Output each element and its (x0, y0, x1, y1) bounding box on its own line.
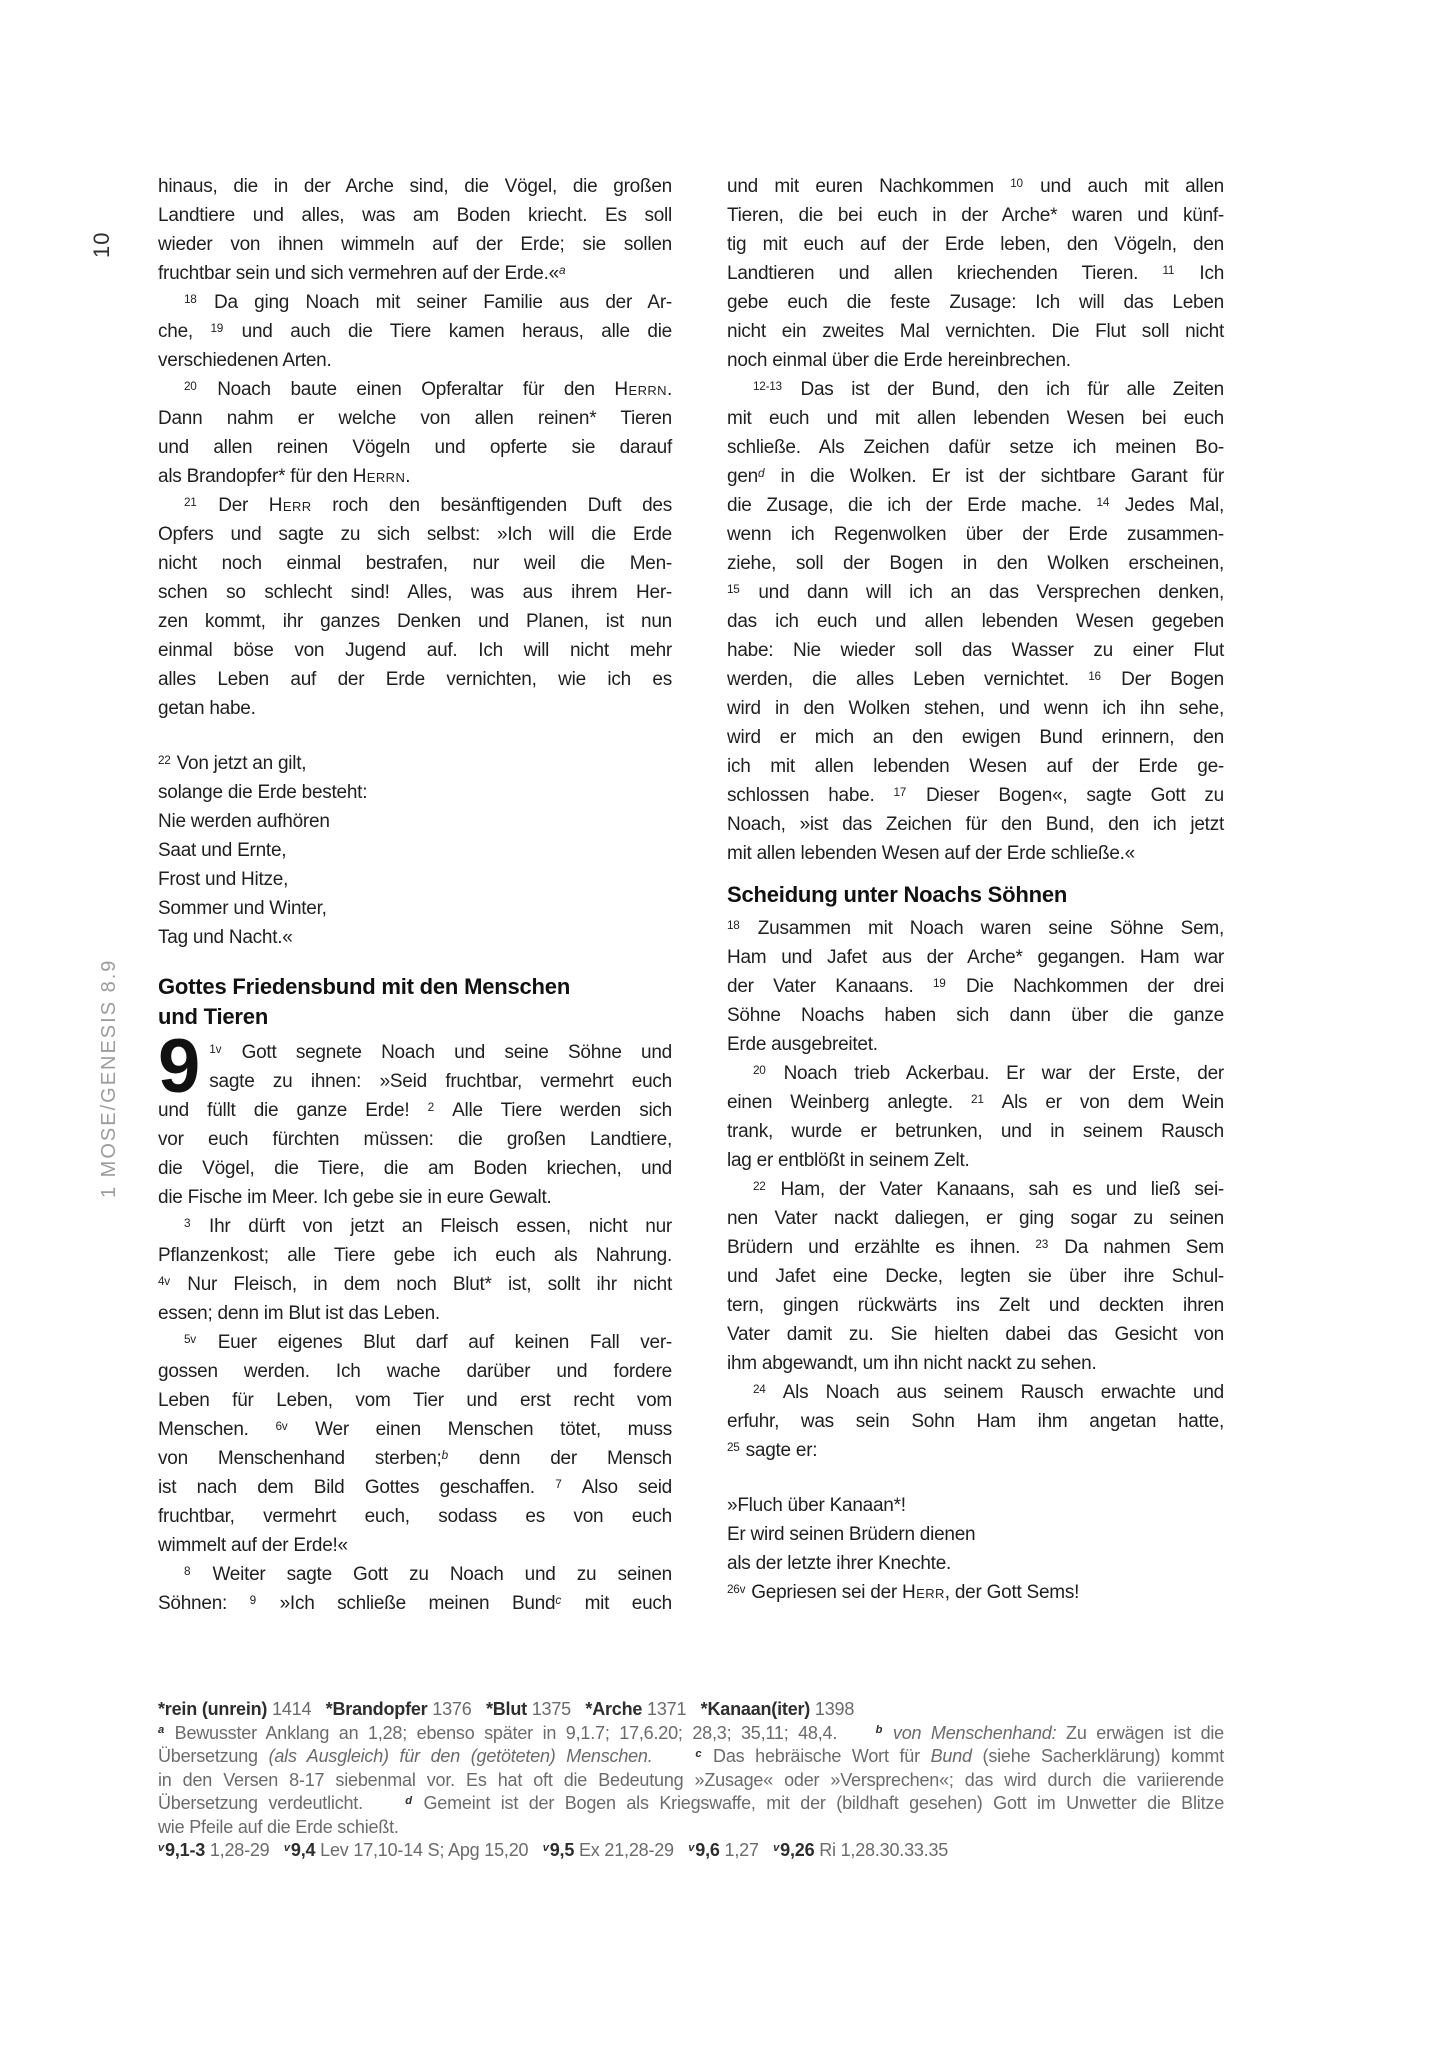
chapter-number: 9 (158, 1038, 209, 1095)
text-line: einen Weinberg anlegte. 21 Als er von de… (727, 1088, 1224, 1117)
text-line: die Zusage, die ich der Erde mache. 14 J… (727, 491, 1224, 520)
text-line: Tieren, die bei euch in der Arche* waren… (727, 201, 1224, 230)
chapter-block: 91v Gott segnete Noach und seine Söhne u… (158, 1038, 672, 1618)
text-line: 20 Noach trieb Ackerbau. Er war der Erst… (727, 1059, 1224, 1088)
text-line: Brüdern und erzählte es ihnen. 23 Da nah… (727, 1233, 1224, 1262)
text-line: nicht noch einmal bestrafen, nur weil di… (158, 549, 672, 578)
text-line: 25 sagte er: (727, 1436, 1224, 1465)
footnote-line: wie Pfeile auf die Erde schießt. (158, 1816, 1224, 1840)
text-line: ihm abgewandt, um ihn nicht nackt zu seh… (727, 1349, 1224, 1378)
text-line: Ham und Jafet aus der Arche* gegangen. H… (727, 943, 1224, 972)
text-line: als Brandopfer* für den Herrn. (158, 462, 672, 491)
spacer (727, 1465, 1224, 1491)
section-heading: Gottes Friedensbund mit den Menschenund … (158, 972, 672, 1032)
spacer (727, 868, 1224, 880)
paragraph-block: hinaus, die in der Arche sind, die Vögel… (158, 172, 672, 723)
text-line: Landtiere und alles, was am Boden kriech… (158, 201, 672, 230)
text-line: die Vögel, die Tiere, die am Boden kriec… (158, 1154, 672, 1183)
text-line: 22 Ham, der Vater Kanaans, sah es und li… (727, 1175, 1224, 1204)
text-line: der Vater Kanaans. 19 Die Nachkommen der… (727, 972, 1224, 1001)
text-line: 18 Zusammen mit Noach waren seine Söhne … (727, 914, 1224, 943)
text-line: mit euch und mit allen lebenden Wesen be… (727, 404, 1224, 433)
text-line: und allen reinen Vögeln und opferte sie … (158, 433, 672, 462)
text-line: Noach, »ist das Zeichen für den Bund, de… (727, 810, 1224, 839)
text-line: wenn ich Regenwolken über der Erde zusam… (727, 520, 1224, 549)
footnote-line: in den Versen 8-17 siebenmal vor. Es hat… (158, 1769, 1224, 1793)
text-line: von Menschenhand sterben;b denn der Mens… (158, 1444, 672, 1473)
text-line: und mit euren Nachkommen 10 und auch mit… (727, 172, 1224, 201)
text-line: schlossen habe. 17 Dieser Bogen«, sagte … (727, 781, 1224, 810)
text-line: fruchtbar sein und sich vermehren auf de… (158, 259, 672, 288)
text-line: 4v Nur Fleisch, in dem noch Blut* ist, s… (158, 1270, 672, 1299)
text-line: wird er mich an den ewigen Bund erinnern… (727, 723, 1224, 752)
text-line: 22 Von jetzt an gilt, (158, 749, 672, 778)
text-line: 21 Der Herr roch den besänftigenden Duft… (158, 491, 672, 520)
text-line: essen; denn im Blut ist das Leben. (158, 1299, 672, 1328)
text-line: 18 Da ging Noach mit seiner Familie aus … (158, 288, 672, 317)
text-line: 1v Gott segnete Noach und seine Söhne un… (158, 1038, 672, 1067)
text-line: che, 19 und auch die Tiere kamen heraus,… (158, 317, 672, 346)
text-line: mit allen lebenden Wesen auf der Erde sc… (727, 839, 1224, 868)
footnote-line: Übersetzung verdeutlicht. d Gemeint ist … (158, 1792, 1224, 1816)
spacer (158, 723, 672, 749)
text-line: »Fluch über Kanaan*! (727, 1491, 1224, 1520)
text-line: Opfers und sagte zu sich selbst: »Ich wi… (158, 520, 672, 549)
text-line: gebe euch die feste Zusage: Ich will das… (727, 288, 1224, 317)
footnotes: *rein (unrein) 1414 *Brandopfer 1376 *Bl… (158, 1698, 1224, 1863)
text-line: vor euch fürchten müssen: die großen Lan… (158, 1125, 672, 1154)
text-line: Sommer und Winter, (158, 894, 672, 923)
text-line: werden, die alles Leben vernichtet. 16 D… (727, 665, 1224, 694)
text-line: noch einmal über die Erde hereinbrechen. (727, 346, 1224, 375)
text-line: 5v Euer eigenes Blut darf auf keinen Fal… (158, 1328, 672, 1357)
footnote-line: a Bewusster Anklang an 1,28; ebenso spät… (158, 1722, 1224, 1746)
text-line: Landtieren und allen kriechenden Tieren.… (727, 259, 1224, 288)
right-column: und mit euren Nachkommen 10 und auch mit… (727, 172, 1224, 1607)
text-line: Nie werden aufhören (158, 807, 672, 836)
text-line: wieder von ihnen wimmeln auf der Erde; s… (158, 230, 672, 259)
text-line: ich mit allen lebenden Wesen auf der Erd… (727, 752, 1224, 781)
text-line: als der letzte ihrer Knechte. (727, 1549, 1224, 1578)
text-line: Vater damit zu. Sie hielten dabei das Ge… (727, 1320, 1224, 1349)
bible-page: 10 1 MOSE/GENESIS 8.9 hinaus, die in der… (0, 0, 1439, 2053)
text-line: 24 Als Noach aus seinem Rausch erwachte … (727, 1378, 1224, 1407)
text-line: Frost und Hitze, (158, 865, 672, 894)
heading-line: Scheidung unter Noachs Söhnen (727, 880, 1224, 910)
text-line: verschiedenen Arten. (158, 346, 672, 375)
text-line: Söhnen: 9 »Ich schließe meinen Bundc mit… (158, 1589, 672, 1618)
footnote-star-line: *rein (unrein) 1414 *Brandopfer 1376 *Bl… (158, 1698, 1224, 1722)
paragraph-block: 18 Zusammen mit Noach waren seine Söhne … (727, 914, 1224, 1465)
text-line: Pflanzenkost; alle Tiere gebe ich euch a… (158, 1241, 672, 1270)
margin-book-label: 1 MOSE/GENESIS 8.9 (98, 959, 121, 1198)
poem-block: 22 Von jetzt an gilt,solange die Erde be… (158, 749, 672, 952)
text-line: Söhne Noachs haben sich dann über die ga… (727, 1001, 1224, 1030)
left-column: hinaus, die in der Arche sind, die Vögel… (158, 172, 672, 1618)
text-line: Er wird seinen Brüdern dienen (727, 1520, 1224, 1549)
text-line: Saat und Ernte, (158, 836, 672, 865)
poem-block: »Fluch über Kanaan*!Er wird seinen Brüde… (727, 1491, 1224, 1607)
section-heading: Scheidung unter Noachs Söhnen (727, 880, 1224, 910)
text-line: das ich euch und allen lebenden Wesen ge… (727, 607, 1224, 636)
text-line: Tag und Nacht.« (158, 923, 672, 952)
text-line: 20 Noach baute einen Opferaltar für den … (158, 375, 672, 404)
heading-line: Gottes Friedensbund mit den Menschen (158, 972, 672, 1002)
text-line: ziehe, soll der Bogen in den Wolken ersc… (727, 549, 1224, 578)
text-line: Erde ausgebreitet. (727, 1030, 1224, 1059)
text-line: fruchtbar, vermehrt euch, sodass es von … (158, 1502, 672, 1531)
text-line: habe: Nie wieder soll das Wasser zu eine… (727, 636, 1224, 665)
spacer (158, 952, 672, 972)
footnote-line: Übersetzung (als Ausgleich) für den (get… (158, 1745, 1224, 1769)
text-line: 12-13 Das ist der Bund, den ich für alle… (727, 375, 1224, 404)
cross-reference-line: v9,1-3 1,28-29 v9,4 Lev 17,10-14 S; Apg … (158, 1839, 1224, 1863)
text-line: nen Vater nackt daliegen, er ging sogar … (727, 1204, 1224, 1233)
text-line: gossen werden. Ich wache darüber und for… (158, 1357, 672, 1386)
text-line: 8 Weiter sagte Gott zu Noach und zu sein… (158, 1560, 672, 1589)
text-line: ist nach dem Bild Gottes geschaffen. 7 A… (158, 1473, 672, 1502)
text-line: zen kommt, ihr ganzes Denken und Planen,… (158, 607, 672, 636)
text-line: Menschen. 6v Wer einen Menschen tötet, m… (158, 1415, 672, 1444)
page-number: 10 (89, 232, 115, 258)
text-line: einmal böse von Jugend auf. Ich will nic… (158, 636, 672, 665)
text-line: 26v Gepriesen sei der Herr, der Gott Sem… (727, 1578, 1224, 1607)
text-line: Leben für Leben, vom Tier und erst recht… (158, 1386, 672, 1415)
text-line: 15 und dann will ich an das Versprechen … (727, 578, 1224, 607)
text-line: schen so schlecht sind! Alles, was aus i… (158, 578, 672, 607)
text-line: trank, wurde er betrunken, und in seinem… (727, 1117, 1224, 1146)
text-line: tern, gingen rückwärts ins Zelt und deck… (727, 1291, 1224, 1320)
text-line: erfuhr, was sein Sohn Ham ihm angetan ha… (727, 1407, 1224, 1436)
text-line: hinaus, die in der Arche sind, die Vögel… (158, 172, 672, 201)
text-line: 3 Ihr dürft von jetzt an Fleisch essen, … (158, 1212, 672, 1241)
text-line: und füllt die ganze Erde! 2 Alle Tiere w… (158, 1096, 672, 1125)
text-line: die Fische im Meer. Ich gebe sie in eure… (158, 1183, 672, 1212)
text-line: wimmelt auf der Erde!« (158, 1531, 672, 1560)
text-line: sagte zu ihnen: »Seid fruchtbar, vermehr… (158, 1067, 672, 1096)
text-line: lag er entblößt in seinem Zelt. (727, 1146, 1224, 1175)
text-line: und Jafet eine Decke, legten sie über ih… (727, 1262, 1224, 1291)
text-line: gend in die Wolken. Er ist der sichtbare… (727, 462, 1224, 491)
heading-line: und Tieren (158, 1002, 672, 1032)
text-line: alles Leben auf der Erde vernichten, wie… (158, 665, 672, 694)
text-line: getan habe. (158, 694, 672, 723)
paragraph-block: und mit euren Nachkommen 10 und auch mit… (727, 172, 1224, 868)
text-line: nicht ein zweites Mal vernichten. Die Fl… (727, 317, 1224, 346)
text-line: Dann nahm er welche von allen reinen* Ti… (158, 404, 672, 433)
text-line: wird in den Wolken stehen, und wenn ich … (727, 694, 1224, 723)
text-line: schließe. Als Zeichen dafür setze ich me… (727, 433, 1224, 462)
text-line: solange die Erde besteht: (158, 778, 672, 807)
text-line: tig mit euch auf der Erde leben, den Vög… (727, 230, 1224, 259)
